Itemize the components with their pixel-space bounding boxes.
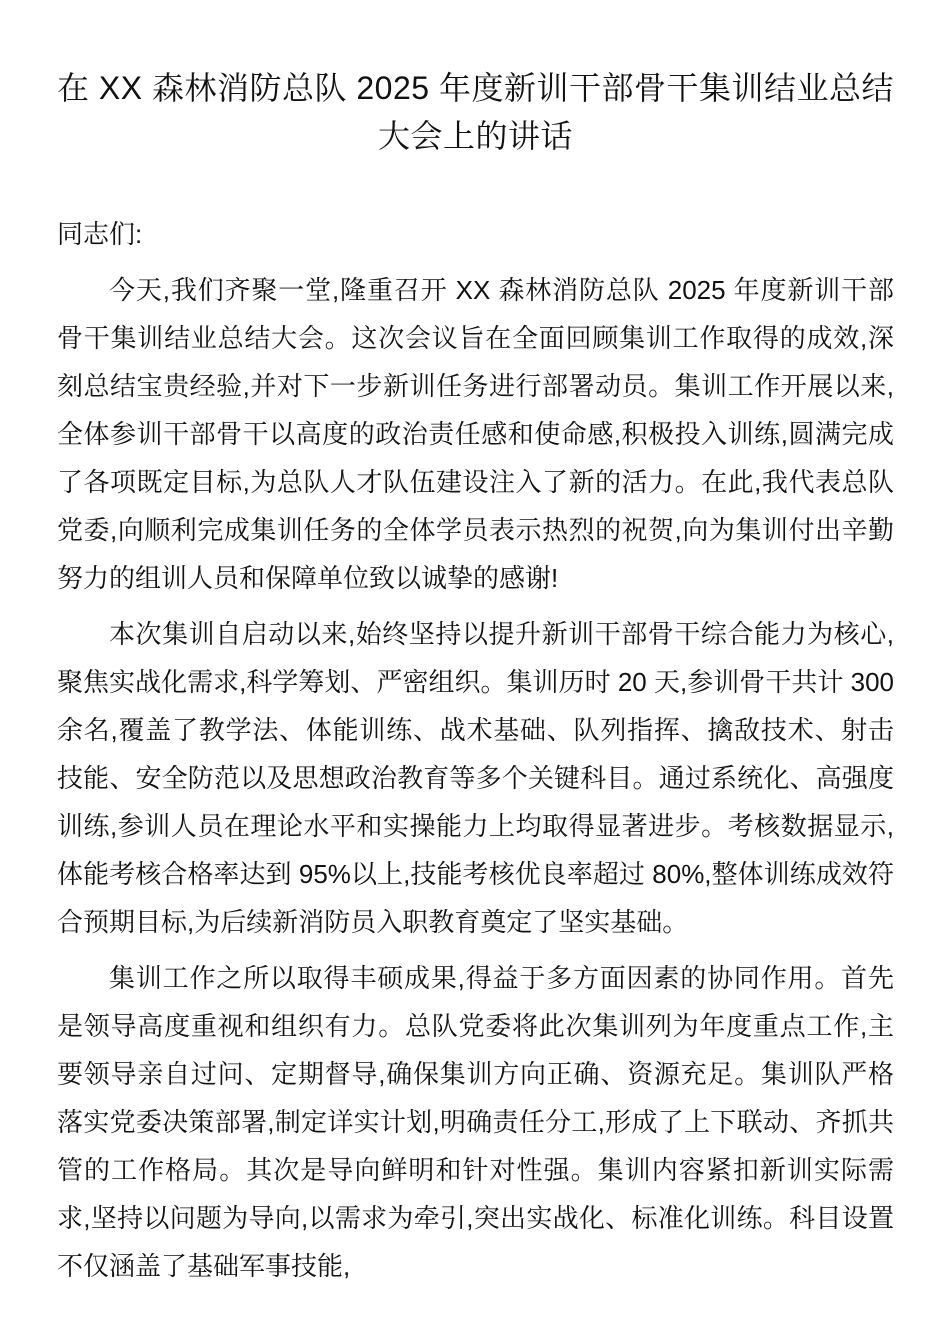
paragraph-success-factors: 集训工作之所以取得丰硕成果,得益于多方面因素的协同作用。首先是领导高度重视和组织… [57, 954, 894, 1290]
paragraph-training-overview: 本次集训自启动以来,始终坚持以提升新训干部骨干综合能力为核心,聚焦实战化需求,科… [57, 610, 894, 946]
salutation: 同志们: [57, 210, 894, 258]
paragraph-opening: 今天,我们齐聚一堂,隆重召开 XX 森林消防总队 2025 年度新训干部骨干集训… [57, 266, 894, 602]
document-page: 在 XX 森林消防总队 2025 年度新训干部骨干集训结业总结大会上的讲话 同志… [0, 0, 950, 1344]
document-title: 在 XX 森林消防总队 2025 年度新训干部骨干集训结业总结大会上的讲话 [57, 64, 894, 160]
